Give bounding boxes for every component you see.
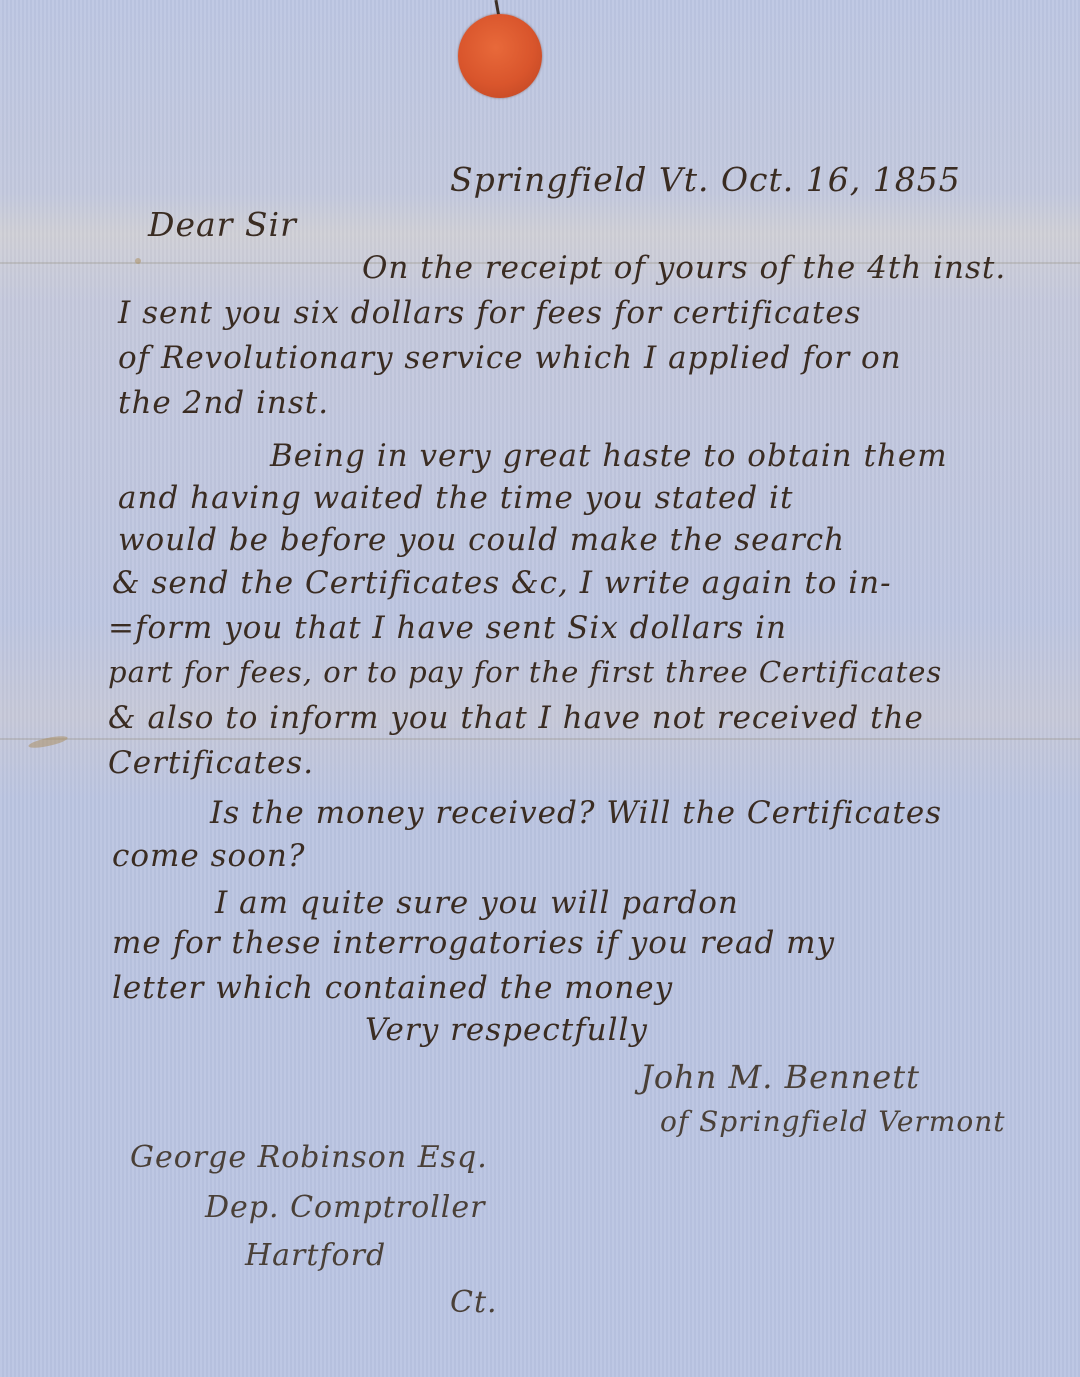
body-line: and having waited the time you stated it [118, 480, 793, 516]
wax-seal [458, 14, 542, 98]
body-line: letter which contained the money [112, 970, 673, 1006]
body-line: I sent you six dollars for fees for cert… [118, 295, 862, 331]
salutation: Dear Sir [148, 205, 297, 244]
body-line: & send the Certificates &c, I write agai… [112, 565, 892, 601]
addressee-name: George Robinson Esq. [130, 1140, 488, 1175]
body-line: I am quite sure you will pardon [215, 885, 739, 921]
paper-fold [0, 738, 1080, 740]
body-line: of Revolutionary service which I applied… [118, 340, 902, 376]
signature: John M. Bennett [640, 1058, 920, 1096]
body-line: part for fees, or to pay for the first t… [108, 655, 942, 689]
body-line: me for these interrogatories if you read… [112, 925, 835, 961]
body-line: would be before you could make the searc… [118, 522, 845, 558]
paper-stain [135, 258, 141, 264]
body-line: Being in very great haste to obtain them [270, 438, 948, 474]
dateline: Springfield Vt. Oct. 16, 1855 [450, 160, 961, 199]
body-line: Certificates. [108, 745, 314, 781]
body-line: =form you that I have sent Six dollars i… [108, 610, 787, 646]
closing: Very respectfully [365, 1012, 648, 1048]
signature-location: of Springfield Vermont [660, 1105, 1006, 1138]
addressee-title: Dep. Comptroller [205, 1190, 486, 1225]
letter-page: Springfield Vt. Oct. 16, 1855 Dear Sir O… [0, 0, 1080, 1377]
body-line: & also to inform you that I have not rec… [108, 700, 924, 736]
body-line: On the receipt of yours of the 4th inst. [362, 250, 1006, 286]
addressee-city: Hartford [245, 1238, 386, 1273]
body-line: the 2nd inst. [118, 385, 329, 421]
addressee-state: Ct. [450, 1285, 498, 1320]
body-line: come soon? [112, 838, 305, 874]
body-line: Is the money received? Will the Certific… [210, 795, 942, 831]
paper-stain [28, 734, 69, 750]
